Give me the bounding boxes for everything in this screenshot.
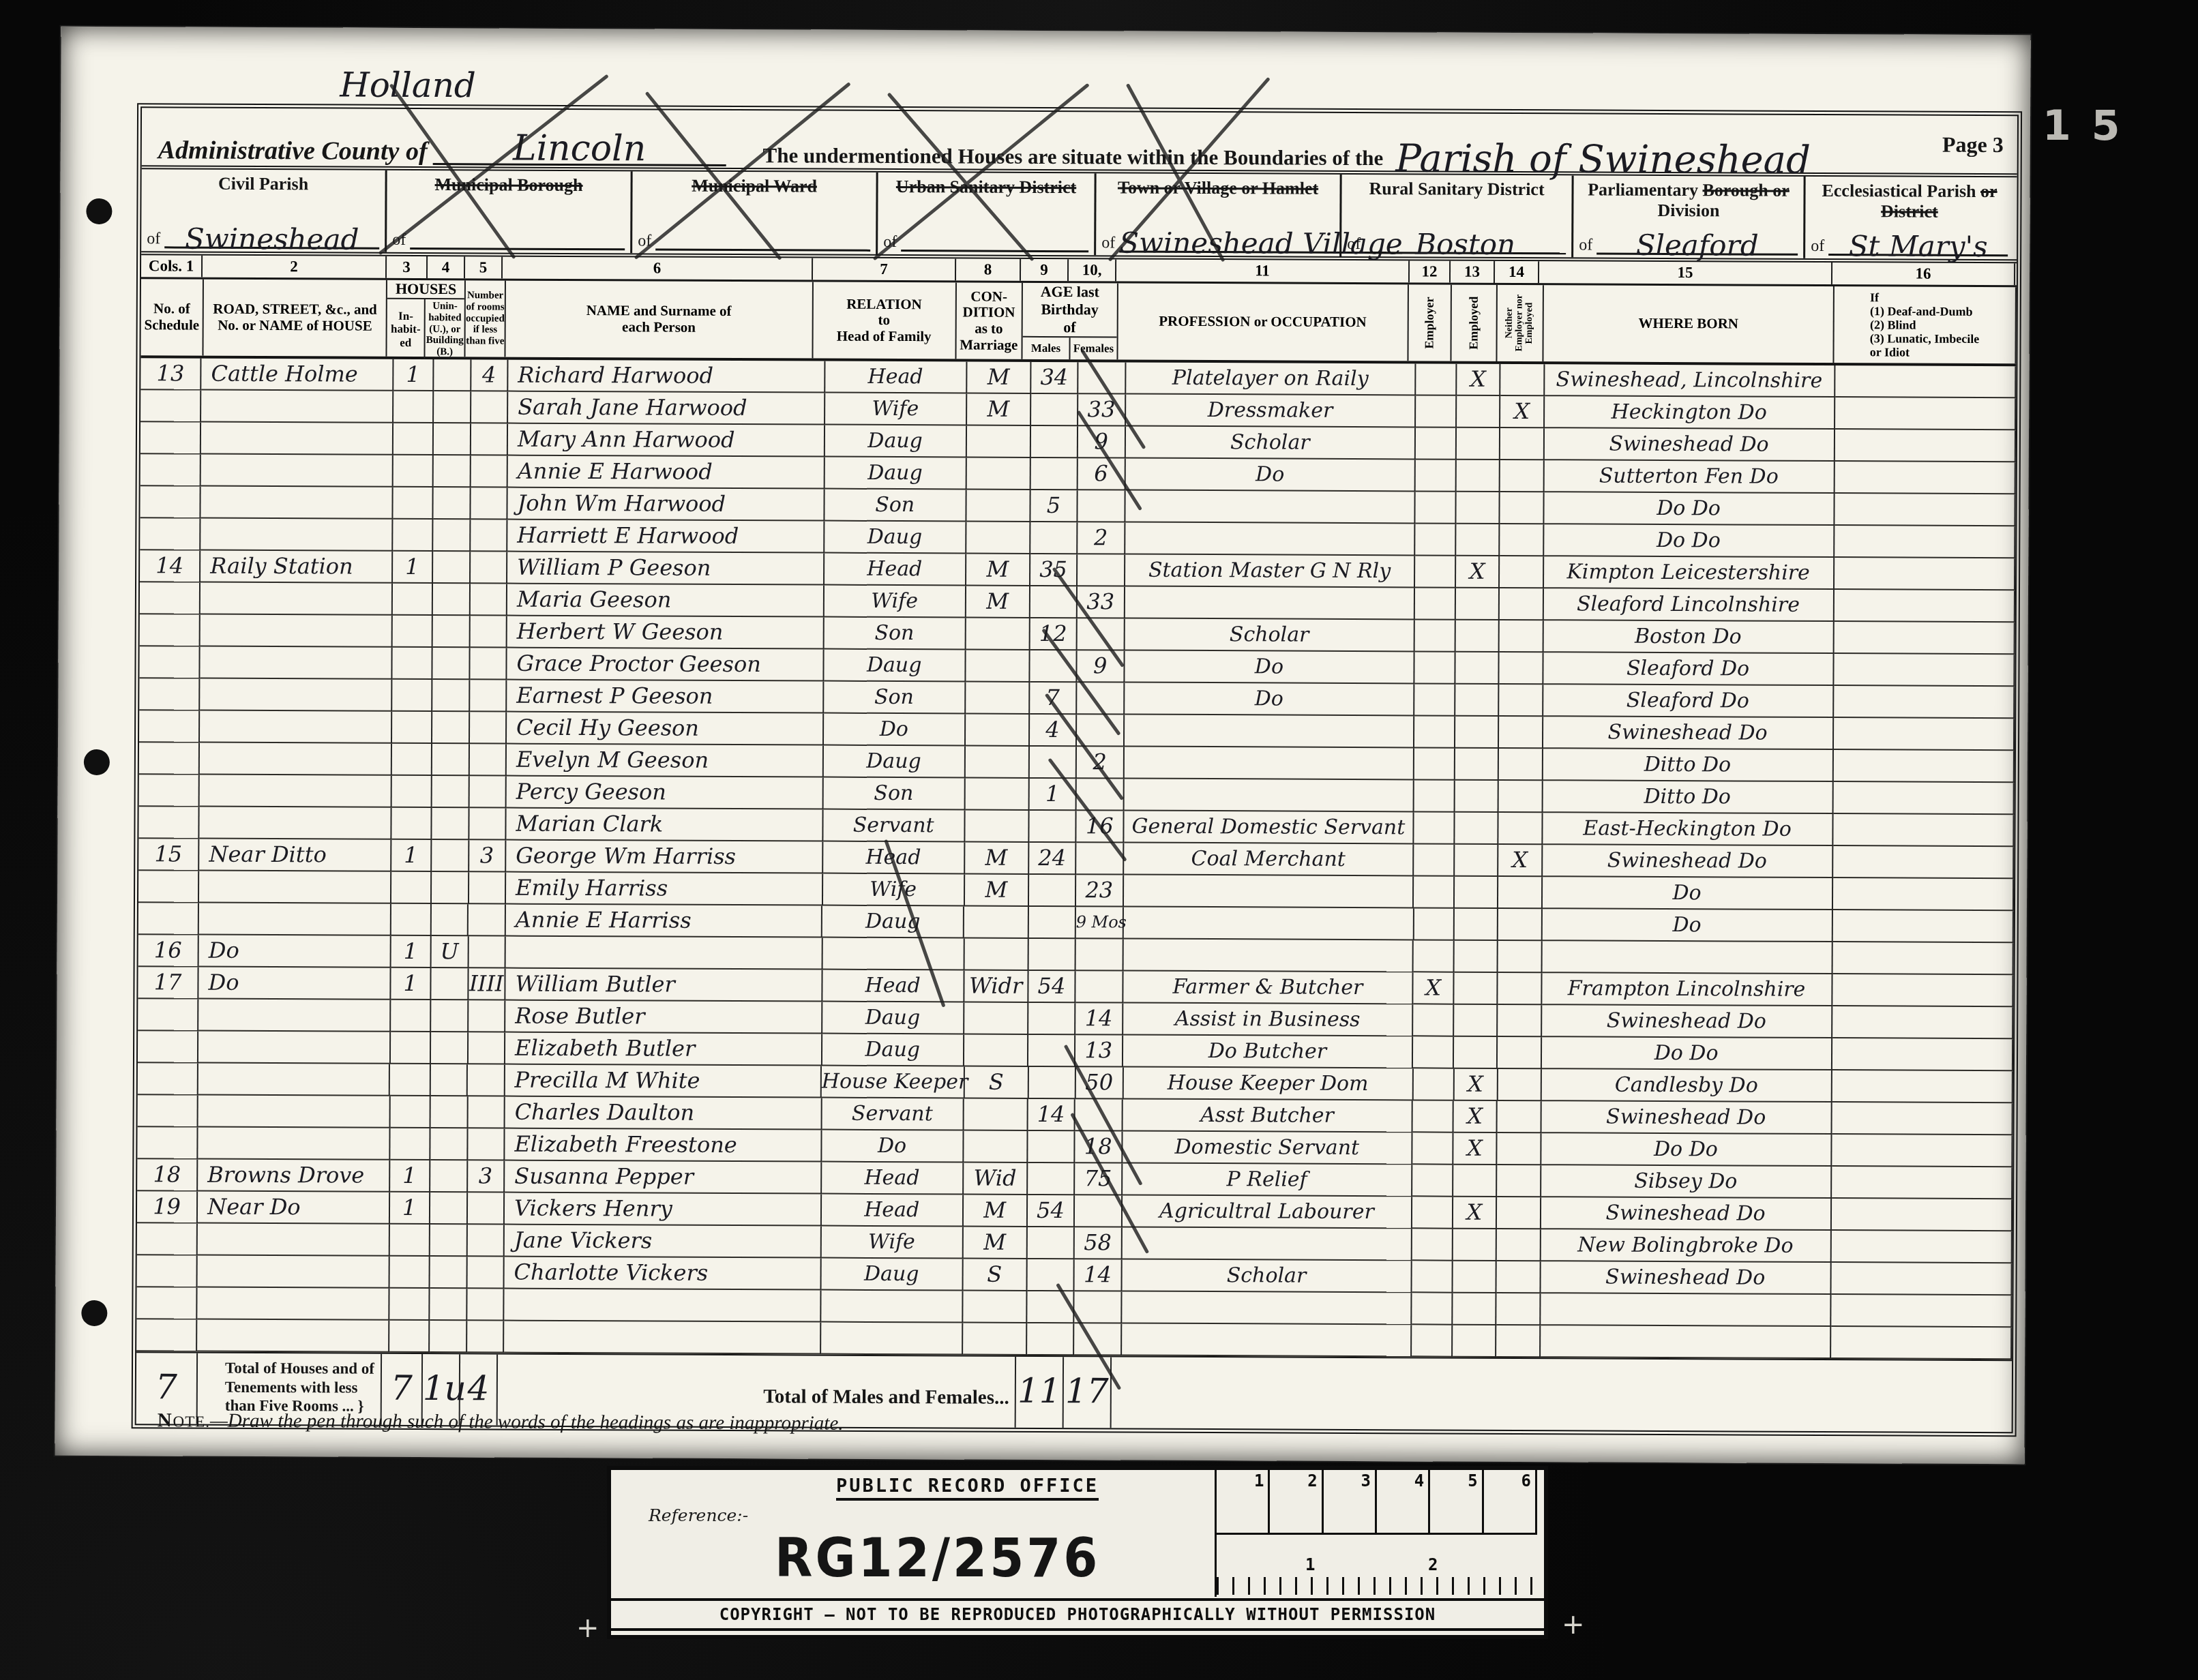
row-uninhabited [431, 1000, 469, 1032]
row-inhabited [391, 808, 432, 840]
column-number-9: 9 [1021, 259, 1069, 281]
district-5: Rural Sanitary DistrictofBoston [1341, 175, 1574, 257]
district-2: Municipal Wardof [632, 171, 878, 254]
district-label: Urban Sanitary District [884, 177, 1089, 198]
row-schedule: 15 [138, 839, 199, 871]
row-schedule [139, 678, 200, 710]
row-age-female: 75 [1075, 1163, 1123, 1195]
row-uninhabited [433, 584, 471, 616]
row-infirmity [1835, 462, 2016, 494]
row-name: Maria Geeson [507, 584, 825, 618]
row-occupation: Coal Merchant [1124, 843, 1414, 877]
header-infirmity: If (1) Deaf-and-Dumb (2) Blind (3) Lunat… [1835, 286, 2017, 363]
row-condition: S [963, 1259, 1027, 1291]
column-number-16: 16 [1832, 262, 2015, 285]
row-occupation [1122, 1324, 1412, 1357]
row-neither-mark [1500, 364, 1545, 396]
row-employed-mark [1455, 845, 1499, 877]
row-age-female [1074, 1291, 1122, 1323]
row-occupation [1125, 523, 1416, 556]
row-occupation [1125, 587, 1415, 620]
row-employer-mark [1414, 1004, 1455, 1036]
row-name: Charlotte Vickers [505, 1257, 822, 1291]
row-where-born: Sleaford Lincolnshire [1543, 588, 1834, 622]
row-where-born: Swineshead Do [1543, 717, 1834, 750]
row-address [198, 1128, 390, 1160]
row-schedule [137, 1127, 198, 1159]
row-where-born: Kimpton Leicestershire [1544, 556, 1835, 590]
row-condition [964, 1099, 1028, 1131]
row-neither-mark [1499, 749, 1543, 781]
row-relation: Do [822, 1130, 964, 1163]
row-uninhabited [431, 1032, 469, 1064]
district-of-line: ofSleaford [1579, 236, 1798, 255]
row-inhabited: 1 [390, 1160, 431, 1192]
row-age-male: 1 [1029, 779, 1077, 811]
row-employed-mark [1456, 588, 1500, 620]
district-underline [410, 247, 625, 250]
row-age-female: 14 [1075, 1259, 1123, 1291]
row-address [197, 1320, 389, 1353]
row-uninhabited [434, 423, 471, 455]
row-infirmity [1832, 942, 2014, 975]
column-number-8: 8 [956, 258, 1021, 280]
row-schedule [136, 1287, 197, 1319]
row-schedule [138, 1095, 198, 1127]
row-age-male [1029, 1067, 1077, 1099]
row-age-male: 7 [1030, 682, 1078, 715]
row-employer-mark [1414, 1068, 1455, 1100]
row-employed-mark: X [1456, 556, 1500, 588]
row-uninhabited [433, 487, 471, 520]
row-age-female [1078, 554, 1125, 586]
row-condition [965, 811, 1029, 843]
row-relation: Do [824, 714, 966, 747]
column-number-14: 14 [1495, 261, 1539, 283]
row-neither-mark [1498, 1005, 1542, 1037]
row-age-female: 14 [1075, 1003, 1123, 1035]
header-neither: Neither Employer nor Employed [1498, 285, 1544, 361]
row-condition [964, 939, 1028, 971]
column-number-6: 6 [503, 257, 813, 280]
page-number: Page 3 [1942, 132, 2004, 157]
row-relation: Daug [825, 522, 966, 554]
row-age-male [1030, 747, 1078, 779]
row-age-male: 34 [1031, 362, 1079, 394]
district-label: Municipal Borough [393, 175, 625, 196]
row-occupation: Station Master G N Rly [1125, 555, 1416, 588]
row-uninhabited [430, 1192, 468, 1225]
row-schedule [137, 1223, 198, 1255]
row-schedule [138, 903, 199, 935]
row-condition [966, 490, 1030, 522]
row-name: Cecil Hy Geeson [507, 712, 824, 746]
row-address [198, 1256, 390, 1289]
row-name: Charles Daulton [505, 1097, 822, 1130]
row-inhabited [391, 1000, 432, 1032]
row-employer-mark [1416, 492, 1457, 524]
row-rooms: 3 [468, 1160, 505, 1192]
header-rooms: Number of rooms occupied if less than fi… [466, 280, 506, 357]
row-infirmity [1835, 558, 2016, 590]
row-employed-mark [1455, 685, 1500, 717]
row-rooms: 4 [471, 359, 509, 391]
row-schedule [138, 871, 199, 903]
header-uninhabited: Unin- habited (U.), or Building (B.) [426, 299, 464, 359]
row-where-born: Do Do [1544, 492, 1835, 526]
row-employed-mark [1455, 749, 1500, 781]
row-occupation: House Keeper Dom [1123, 1068, 1414, 1101]
row-employer-mark [1416, 460, 1457, 492]
row-employer-mark: X [1414, 972, 1455, 1004]
district-label: Civil Parish [147, 173, 380, 194]
row-schedule [140, 454, 201, 486]
column-number-2: 2 [203, 256, 387, 278]
census-page: Holland Administrative County of Lincoln… [55, 27, 2030, 1465]
row-name: John Wm Harwood [507, 488, 825, 522]
row-rooms [470, 584, 507, 616]
row-infirmity [1832, 1038, 2013, 1071]
column-number-7: 7 [813, 258, 956, 281]
row-relation: Son [823, 778, 965, 811]
row-occupation: Farmer & Butcher [1123, 972, 1414, 1005]
registration-mark: + [576, 1612, 599, 1644]
row-infirmity [1834, 622, 2015, 655]
row-neither-mark [1500, 620, 1544, 652]
district-underline: St Mary's [1828, 238, 2008, 256]
row-employed-mark [1454, 941, 1498, 973]
row-schedule: 14 [140, 550, 201, 582]
row-infirmity [1832, 1070, 2013, 1103]
row-where-born [1541, 1293, 1831, 1327]
row-rooms [467, 1192, 505, 1225]
row-schedule: 13 [140, 358, 201, 390]
row-name: Percy Geeson [507, 777, 824, 810]
row-where-born: Do [1543, 877, 1833, 910]
row-condition: Widr [964, 971, 1028, 1003]
row-occupation: Assist in Business [1123, 1004, 1414, 1037]
row-address [201, 487, 393, 520]
row-occupation [1124, 747, 1414, 781]
row-schedule: 18 [137, 1159, 198, 1191]
row-age-male: 12 [1030, 618, 1078, 650]
row-neither-mark [1500, 588, 1544, 620]
row-name [504, 1321, 821, 1355]
district-3: Urban Sanitary Districtof [878, 172, 1097, 255]
row-rooms [471, 391, 509, 423]
row-age-female: 33 [1078, 586, 1125, 618]
totals-mf-text: Total of Males and Females... [498, 1355, 1015, 1409]
row-infirmity [1833, 814, 2015, 847]
row-rooms [469, 808, 507, 840]
row-condition: M [964, 1195, 1028, 1227]
row-relation: Daug [822, 1034, 964, 1067]
district-underline [655, 249, 870, 252]
row-rooms [468, 1128, 505, 1160]
row-uninhabited [431, 968, 469, 1000]
column-number-15: 15 [1539, 261, 1832, 284]
row-infirmity [1831, 1231, 2013, 1263]
row-employer-mark [1415, 684, 1456, 716]
row-address [198, 1000, 391, 1032]
row-neither-mark [1499, 717, 1543, 749]
row-inhabited [390, 1064, 431, 1096]
row-employer-mark [1414, 908, 1455, 940]
row-where-born [1542, 941, 1832, 974]
row-employed-mark [1454, 1005, 1498, 1037]
header-occupation: PROFESSION or OCCUPATION [1118, 283, 1408, 361]
row-infirmity [1834, 718, 2015, 751]
row-where-born: Candlesby Do [1542, 1069, 1832, 1102]
header-employed: Employed [1451, 285, 1498, 361]
row-occupation [1124, 715, 1414, 749]
row-rooms [471, 487, 508, 520]
row-where-born: Swineshead Do [1542, 1005, 1832, 1038]
header-employer-label: Employer [1423, 297, 1436, 348]
row-infirmity [1834, 686, 2015, 719]
row-occupation [1124, 907, 1414, 941]
row-relation: Daug [824, 650, 966, 682]
row-rooms [469, 904, 506, 936]
column-number-3: 3 [387, 256, 428, 278]
row-schedule [140, 486, 201, 518]
row-name: William Butler [505, 969, 822, 1002]
row-inhabited [390, 1128, 431, 1160]
row-inhabited [391, 776, 432, 808]
row-age-male [1031, 426, 1079, 458]
note-line: NOTE.—Draw the pen through such of the w… [158, 1409, 844, 1435]
row-rooms [471, 423, 508, 455]
district-label: Municipal Ward [638, 175, 871, 196]
row-relation: Head [822, 1162, 964, 1195]
row-where-born: Do [1543, 909, 1833, 942]
row-condition: S [965, 1067, 1029, 1099]
row-employer-mark [1415, 556, 1456, 588]
row-infirmity [1835, 365, 2017, 398]
situate-text: The undermentioned Houses are situate wi… [763, 143, 1384, 170]
row-rooms [468, 1096, 505, 1128]
row-address [201, 423, 393, 455]
row-employed-mark [1454, 973, 1498, 1005]
row-where-born: Swineshead, Lincolnshire [1545, 364, 1835, 397]
row-uninhabited [430, 1289, 467, 1321]
row-address [201, 647, 393, 680]
row-employer-mark [1413, 1165, 1454, 1197]
header-relation: RELATION to Head of Family [813, 282, 957, 359]
row-age-male: 5 [1030, 490, 1078, 522]
row-age-male [1028, 907, 1076, 939]
row-occupation [1122, 1228, 1412, 1261]
row-employed-mark [1454, 1037, 1498, 1069]
row-age-female [1074, 1323, 1122, 1355]
row-condition [966, 715, 1030, 747]
row-age-male [1030, 458, 1078, 490]
row-age-female: 23 [1076, 875, 1124, 907]
row-rooms [469, 1000, 506, 1032]
district-6: Parliamentary Borough orDivisionofSleafo… [1573, 175, 1806, 258]
row-schedule [137, 1255, 198, 1287]
row-age-male [1029, 875, 1077, 907]
row-uninhabited [430, 1128, 468, 1160]
row-rooms [471, 520, 508, 552]
row-schedule [138, 999, 198, 1031]
row-inhabited: 1 [391, 936, 432, 968]
column-number-4: 4 [428, 256, 465, 278]
row-age-male [1030, 522, 1078, 554]
row-age-male: 24 [1029, 843, 1077, 875]
row-age-male [1031, 394, 1079, 426]
row-occupation: Scholar [1122, 1260, 1412, 1293]
row-neither-mark [1498, 1037, 1542, 1069]
header-houses-sub: In- habit- edUnin- habited (U.), or Buil… [387, 299, 464, 359]
row-relation: Head [823, 842, 965, 875]
row-name: Grace Proctor Geeson [507, 648, 824, 682]
row-neither-mark [1497, 1165, 1541, 1197]
row-employed-mark [1456, 460, 1500, 492]
district-4: Town or Village or HamletofSwineshead Vi… [1096, 173, 1342, 256]
census-rows: 13Cattle Holme14Richard HarwoodHeadM34Pl… [136, 358, 2016, 1360]
row-address [201, 519, 393, 552]
row-relation: Head [822, 1195, 964, 1227]
row-relation [821, 1323, 963, 1355]
row-condition: M [963, 1227, 1027, 1259]
district-of-line: of [883, 233, 1088, 252]
row-neither-mark [1498, 1133, 1542, 1165]
row-name: Susanna Pepper [505, 1161, 822, 1195]
row-employed-mark [1453, 1261, 1497, 1293]
row-employer-mark [1416, 363, 1457, 395]
row-age-female [1077, 715, 1125, 747]
row-name: Evelyn M Geeson [507, 745, 824, 778]
row-infirmity [1832, 1167, 2013, 1199]
row-rooms [467, 1321, 505, 1353]
row-occupation: Do [1125, 459, 1416, 492]
row-address [198, 1096, 391, 1128]
ruler-inch-4: 4 [1377, 1470, 1430, 1533]
row-neither-mark: X [1498, 845, 1543, 877]
row-rooms [470, 680, 507, 712]
row-address [201, 455, 393, 487]
row-occupation: P Relief [1123, 1164, 1413, 1197]
row-schedule [136, 1319, 197, 1351]
row-where-born: Frampton Lincolnshire [1542, 973, 1832, 1006]
row-where-born: East-Heckington Do [1543, 813, 1833, 846]
stamp-ruler: 123456 12 [1215, 1470, 1537, 1597]
stamp-reference-number: RG12/2576 [775, 1526, 1100, 1589]
row-address [200, 743, 392, 776]
row-schedule [139, 710, 200, 742]
row-occupation [1122, 1292, 1412, 1325]
row-infirmity [1832, 1102, 2013, 1135]
row-neither-mark [1500, 492, 1545, 524]
row-infirmity [1833, 782, 2015, 815]
header-inhabited: In- habit- ed [387, 299, 426, 359]
row-condition [966, 618, 1030, 650]
row-uninhabited [433, 520, 471, 552]
row-neither-mark [1498, 877, 1543, 909]
row-schedule [139, 646, 200, 678]
row-inhabited [392, 616, 433, 648]
admin-county-label: Administrative County of [158, 135, 428, 166]
row-rooms [467, 1225, 505, 1257]
row-condition: M [966, 586, 1030, 618]
row-employer-mark [1414, 844, 1455, 876]
row-address: Raily Station [201, 551, 393, 584]
row-employed-mark [1457, 428, 1501, 460]
row-uninhabited [433, 552, 471, 584]
row-address: Cattle Holme [201, 359, 393, 391]
ruler-cm-2: 2 [1428, 1555, 1438, 1574]
header-condition: CON- DITION as to Marriage [956, 282, 1023, 359]
row-occupation [1124, 779, 1414, 813]
row-neither-mark [1498, 1101, 1542, 1133]
row-infirmity [1835, 397, 2017, 430]
column-number-11: 11 [1116, 259, 1410, 282]
row-where-born: Sutterton Fen Do [1544, 460, 1835, 494]
row-condition [966, 650, 1030, 682]
district-label: Town or Village or Hamlet [1102, 177, 1335, 198]
row-schedule [138, 1031, 198, 1063]
row-relation: Daug [825, 425, 967, 458]
hole-punch [84, 749, 110, 775]
row-employer-mark [1416, 524, 1457, 556]
row-relation: Son [824, 618, 966, 650]
situate-value: Parish of Swineshead [1395, 148, 1811, 172]
row-employer-mark [1414, 812, 1455, 844]
row-occupation [1123, 940, 1414, 973]
row-age-female [1078, 618, 1125, 650]
row-age-male [1027, 1259, 1075, 1291]
row-age-female: 9 Mos [1076, 907, 1124, 939]
row-uninhabited [430, 1064, 468, 1096]
row-where-born: Boston Do [1543, 620, 1834, 654]
row-employed-mark [1453, 1229, 1498, 1261]
stamp-office-title: PUBLIC RECORD OFFICE [836, 1475, 1099, 1501]
district-value [410, 247, 625, 248]
row-employed-mark [1457, 396, 1501, 428]
row-uninhabited: U [432, 936, 469, 968]
row-name: Mary Ann Harwood [508, 424, 825, 457]
row-age-female [1076, 971, 1124, 1003]
row-occupation: Domestic Servant [1123, 1132, 1413, 1165]
row-relation: Son [824, 682, 966, 715]
row-occupation: Do [1125, 651, 1415, 685]
row-age-female: 16 [1077, 811, 1125, 843]
row-inhabited [393, 391, 434, 423]
row-name [506, 937, 823, 970]
row-employed-mark [1455, 717, 1500, 749]
row-neither-mark [1497, 1229, 1541, 1261]
row-condition: M [966, 554, 1030, 586]
row-age-male [1027, 1323, 1075, 1355]
row-rooms [468, 1064, 505, 1096]
row-age-male [1027, 1291, 1075, 1323]
row-name: Sarah Jane Harwood [508, 392, 825, 425]
row-condition: M [965, 875, 1029, 907]
row-name: Herbert W Geeson [507, 616, 825, 650]
totals-blank [1112, 1357, 2009, 1432]
row-condition: Wid [964, 1162, 1028, 1195]
row-employed-mark: X [1453, 1101, 1498, 1133]
row-infirmity [1832, 974, 2014, 1007]
row-inhabited [389, 1225, 430, 1257]
row-uninhabited [431, 1096, 469, 1128]
row-rooms [469, 744, 507, 776]
row-neither-mark [1500, 556, 1544, 588]
district-value [901, 250, 1088, 250]
row-schedule [139, 742, 200, 775]
column-number-12: 12 [1410, 260, 1451, 282]
